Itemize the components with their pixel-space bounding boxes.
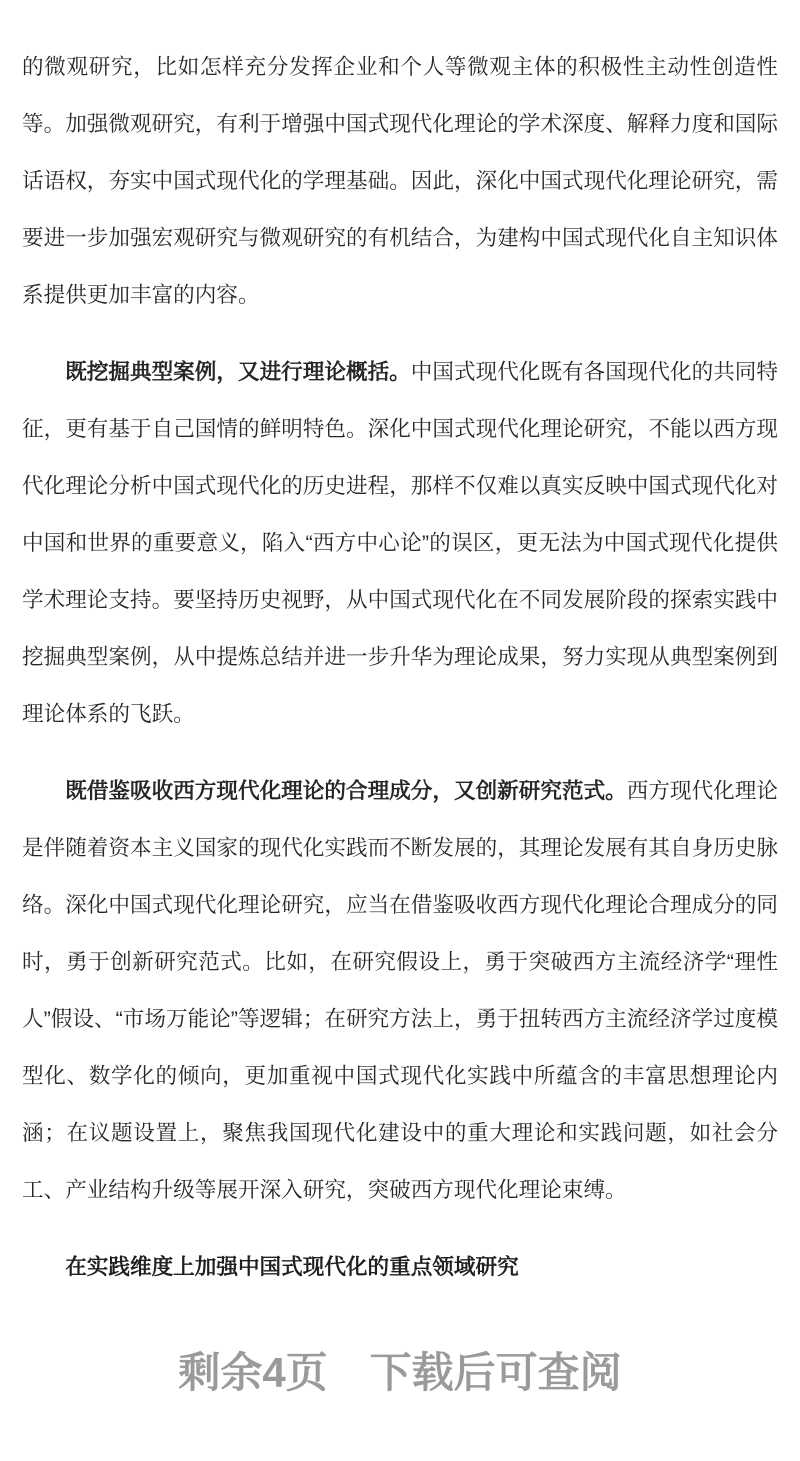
paragraph-typical-cases-lead: 既挖掘典型案例，又进行理论概括。 — [65, 359, 411, 384]
paragraph-western-theory: 既借鉴吸收西方现代化理论的合理成分，又创新研究范式。西方现代化理论是伴随着资本主… — [22, 762, 778, 1218]
paragraph-western-theory-body: 西方现代化理论是伴随着资本主义国家的现代化实践而不断发展的，其理论发展有其自身历… — [22, 778, 778, 1202]
paragraph-micro-research-continuation: 的微观研究，比如怎样充分发挥企业和个人等微观主体的积极性主动性创造性等。加强微观… — [22, 38, 778, 323]
download-hint-label: 下载后可查阅 — [370, 1349, 622, 1397]
preview-footer: 剩余4页 下载后可查阅 — [22, 1349, 778, 1397]
paragraph-typical-cases-body: 中国式现代化既有各国现代化的共同特征，更有基于自己国情的鲜明特色。深化中国式现代… — [22, 359, 778, 726]
paragraph-typical-cases: 既挖掘典型案例，又进行理论概括。中国式现代化既有各国现代化的共同特征，更有基于自… — [22, 343, 778, 742]
paragraph-western-theory-lead: 既借鉴吸收西方现代化理论的合理成分，又创新研究范式。 — [65, 778, 627, 803]
document-page: 的微观研究，比如怎样充分发挥企业和个人等微观主体的积极性主动性创造性等。加强微观… — [0, 0, 800, 1397]
section-heading-practice-dimension: 在实践维度上加强中国式现代化的重点领域研究 — [22, 1238, 778, 1295]
remaining-pages-label: 剩余4页 — [178, 1349, 327, 1397]
